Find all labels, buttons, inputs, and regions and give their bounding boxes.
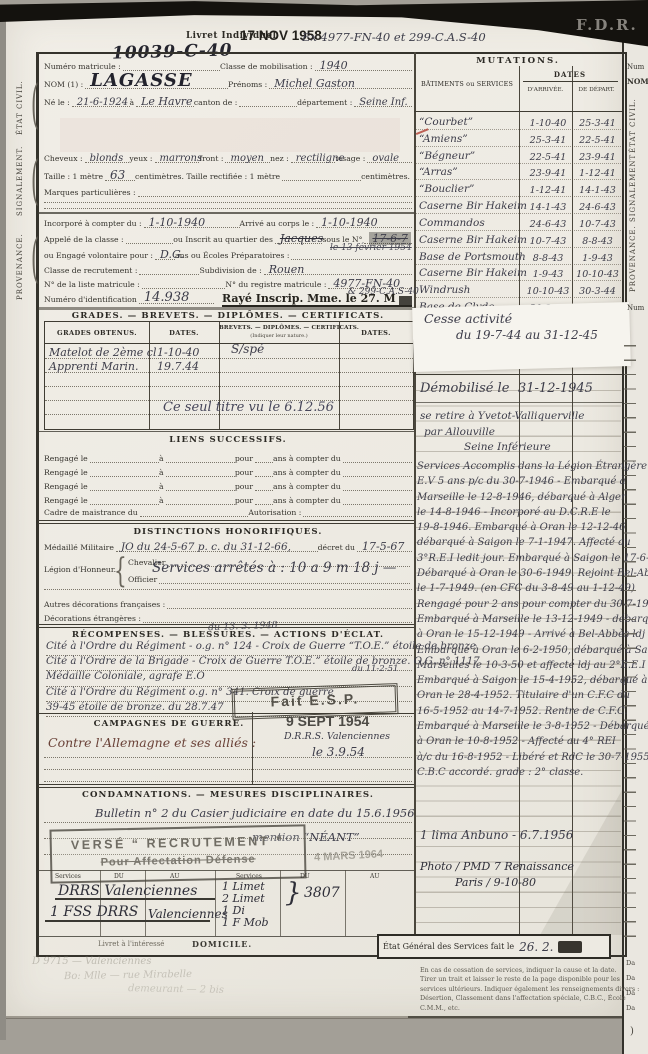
cheveux-value: blonds: [90, 153, 124, 164]
scanned-military-record: 10039-C-40 Livret Individuel 17 NOV 1958…: [0, 0, 648, 1054]
arrive-corps-field: 1-10-1940: [316, 217, 412, 228]
services-number: 3807: [304, 885, 340, 901]
prenoms-field: Michel Gaston: [269, 78, 412, 89]
ne-le-field: 21-6-1924: [72, 96, 130, 107]
grades-row-line: [45, 386, 413, 387]
mutation-date-arrivee: 10-10-43: [522, 286, 574, 297]
legion-line: Embarqué à Saigon le 15-4-1952, débarqué…: [417, 675, 621, 690]
a-label: à: [159, 496, 166, 505]
ecoles-field: [291, 249, 412, 260]
legion-line: Marseille le 12-8-1946, débarqué à Alger: [417, 492, 621, 507]
ne-le-label: Né le :: [44, 98, 72, 107]
signalement-traits-row: Cheveux : blonds yeux : marrons front : …: [44, 152, 412, 163]
arrive-corps-label: Arrivé au corps le :: [240, 219, 317, 228]
domicile-label: DOMICILE.: [192, 939, 252, 949]
ne-le-value: 21-6-1924: [77, 97, 128, 108]
grades-col3-subheader: (Indiquer leur nature.): [219, 333, 339, 339]
departement-label: département :: [297, 98, 354, 107]
grade-1-name: Matelot de 2ème cl: [49, 346, 156, 359]
rengage-date-field: [90, 494, 159, 505]
services-header: Services: [55, 873, 81, 880]
au-header-2: AU: [370, 873, 379, 880]
subdivision-label: Subdivision de :: [199, 266, 263, 275]
front-value: moyen: [230, 153, 264, 164]
grade-2-name: Apprenti Marin.: [49, 360, 139, 373]
services-header-2: Services: [236, 873, 262, 880]
identification-label: Numéro d'identification: [44, 295, 139, 304]
services-col-line: [100, 870, 101, 936]
section-divider-thick: [38, 307, 414, 310]
fine-print-line: Désertion, Classement dans l'affectation…: [420, 994, 622, 1003]
identification-value: 14.938: [144, 290, 190, 305]
mutation-date-arrivee: 1-10-40: [522, 118, 574, 129]
cheveux-label: Cheveux :: [44, 154, 85, 163]
ecoles-label: ans ou Écoles Préparatoires :: [175, 251, 291, 260]
fine-print-line: Tirer un trait et laisser le reste de la…: [420, 975, 622, 984]
du-header: DU: [114, 873, 124, 880]
medaille-militaire-label: Médaillé Militaire: [44, 543, 116, 552]
engage-row: ou Engagé volontaire pour : D.G. ans ou …: [44, 249, 412, 260]
a-compter-label: ans à compter du: [273, 496, 343, 505]
pour-label: pour: [235, 482, 255, 491]
livret-interesse-label: Livret à l'intéressé: [98, 940, 164, 948]
legion-line: Services Accomplis dans la Légion Étrang…: [417, 461, 621, 476]
section-divider: [38, 212, 414, 214]
visage-value: ovale: [372, 153, 399, 164]
demobilise-label: Démobilisé le: [420, 381, 509, 396]
prenoms-value: Michel Gaston: [274, 77, 355, 90]
bottom-heavy-rule: [408, 1016, 622, 1018]
front-field: moyen: [225, 152, 270, 163]
citation-line: Cité à l'Ordre du Régiment - o.g. n° 124…: [46, 641, 412, 656]
services-arretes-note: Services arrêtés à : 10 a 9 m 18 j —: [152, 560, 396, 576]
pencil-note: Bo: Mlle — rue Mirabelle: [64, 969, 192, 982]
section-divider: [38, 784, 414, 785]
mutation-date-depart: 24-6-43: [574, 202, 621, 213]
taille-field: 63: [105, 170, 135, 181]
services-col-line: [215, 870, 216, 936]
medaille-militaire-field: JO du 24-5-67 p. c. du 31-12-66,: [116, 541, 318, 552]
fine-print-line: En cas de cessation de services, indique…: [420, 966, 622, 975]
brace-signalement: (: [31, 149, 39, 211]
yeux-value: marrons: [160, 153, 203, 164]
edge-provenance-label: PROVENANCE.: [629, 230, 637, 292]
medaille-militaire-row: Médaillé Militaire JO du 24-5-67 p. c. d…: [44, 541, 412, 552]
raye-inscrip-stamp: Rayé Inscrip. Mme. le 27. M: [222, 292, 412, 307]
recrutement-row: Classe de recrutement : Subdivision de :…: [44, 264, 412, 275]
grades-header-line: [45, 343, 413, 344]
decorations-etrangeres-label: Décorations étrangères :: [44, 614, 143, 623]
fdr-corner-mark: F.D.R.: [576, 16, 638, 34]
classe-mobilisation-value: 1940: [320, 59, 348, 72]
mutation-date-depart: 25-3-41: [574, 118, 621, 129]
visage-field: ovale: [367, 152, 412, 163]
rengage-ans-field: [255, 452, 273, 463]
campagnes-column-line: [252, 712, 253, 784]
mutation-date-arrivee: 10-7-43: [522, 236, 574, 247]
a-label: à: [130, 98, 137, 107]
classe-recrutement-field: [139, 264, 199, 275]
yeux-field: marrons: [155, 152, 200, 163]
mutations-section-title: MUTATIONS.: [414, 56, 622, 66]
cadre-maistrance-label: Cadre de maistrance du: [44, 508, 140, 517]
taille-rectifiee-field: [282, 170, 361, 181]
ink-blob: [399, 296, 412, 305]
mutation-date-arrivee: 24-6-43: [522, 219, 574, 230]
incorpore-label: Incorporé à compter du :: [44, 219, 144, 228]
ruled-line: [44, 589, 412, 590]
photo-note-line1: Photo / PMD 7 Renaissance: [420, 860, 574, 873]
legion-line: débarqué à Saigon le 7-1-1947. Affecté a…: [417, 537, 621, 552]
rengage-date-field: [90, 452, 159, 463]
services-row1: DRRS Valenciennes: [58, 883, 197, 899]
mutations-rows: “Courbet” 1-10-40 25-3-41 “Amiens” 25-3-…: [415, 113, 621, 315]
fine-print-line: C.M.M., etc.: [420, 1004, 622, 1013]
services-row2-lieu: Valenciennes: [148, 907, 228, 921]
demobilise-date: 31-12-1945: [518, 381, 593, 396]
legion-line: 16-5-1952 au 14-7-1952. Rentre de C.F.C.: [417, 706, 621, 721]
legion-line: Embarqué à Oran le 6-2-1950, débarqué à …: [417, 645, 621, 660]
nom-row: NOM (1) : LAGASSE Prénoms : Michel Gasto…: [44, 78, 412, 89]
rule-line: [414, 374, 622, 375]
legion-line: E.V 5 ans p/c du 30-7-1946 - Embarqué à: [417, 476, 621, 491]
pour-label: pour: [235, 454, 255, 463]
prenoms-label: Prénoms :: [228, 80, 269, 89]
rengage-date-field: [90, 480, 159, 491]
classe-mobilisation-field: 1940: [315, 60, 412, 71]
medaille-militaire-value: JO du 24-5-67 p. c. du 31-12-66,: [121, 541, 291, 553]
grades-col1-header: GRADES OBTENUS.: [45, 329, 149, 337]
edge-signalement-label: SIGNALEMENT: [629, 170, 637, 222]
mutation-date-depart: 1-12-41: [574, 168, 621, 179]
casier-judiciaire-line: Bulletin n° 2 du Casier judiciaire en da…: [95, 806, 415, 820]
autorisation-field: [303, 506, 412, 517]
legion-line: le 1-7-1949. (en CFC du 3-8-49 au 1-12-4…: [417, 583, 621, 598]
liste-matricule-field: [142, 278, 226, 289]
rengage-date-field: [90, 466, 159, 477]
edge-da-label: Da: [626, 986, 635, 1001]
batiments-header: BÂTIMENTS ou SERVICES: [416, 80, 518, 88]
a-label: à: [159, 468, 166, 477]
legion-line: 19-8-1946. Embarqué à Oran le 12-12-46: [417, 522, 621, 537]
campagne-allemagne-line: Contre l'Allemagne et ses alliés :: [48, 735, 256, 750]
rengage-lieu-field: [166, 480, 235, 491]
legion-line: à Oran le 10-8-1952 - Affecté au 4° REI: [417, 736, 621, 751]
edge-num-label: Num: [627, 63, 644, 71]
edge-ruled-dashes: [624, 332, 636, 950]
rengage-row: Rengagé le à pour ans à compter du: [44, 449, 412, 463]
registre-matricule-label: N° du registre matricule :: [225, 280, 328, 289]
services-col-line: [345, 870, 346, 936]
fine-print-line: services ultérieurs. Indiquer également …: [420, 985, 622, 994]
rengage-label: Rengagé le: [44, 454, 90, 463]
mutation-date-depart: 8-8-43: [574, 236, 621, 247]
legion-line: 3°R.E.I ledit jour. Embarqué à Saigon le…: [417, 553, 621, 568]
marques-label: Marques particulières :: [44, 188, 138, 197]
a-label: à: [159, 482, 166, 491]
incorpore-row: Incorporé à compter du : 1-10-1940 Arriv…: [44, 217, 412, 228]
appele-classe-label: Appelé de la classe :: [44, 235, 126, 244]
cadre-maistrance-row: Cadre de maistrance du Autorisation :: [44, 506, 412, 517]
grades-col-line: [339, 322, 340, 429]
mutation-date-depart: 23-9-41: [574, 152, 621, 163]
depart-header: DE DÉPART.: [572, 87, 621, 93]
section-divider: [38, 787, 414, 788]
services-row2: 1 FSS DRRS: [50, 904, 138, 920]
retire-line1: se retire à Yvetot-Valliquerville: [420, 410, 584, 422]
marques-row: Marques particulières :: [44, 186, 412, 197]
side-label-signalement: SIGNALEMENT.: [16, 150, 24, 216]
section-divider: [38, 431, 414, 432]
edge-paren: ): [630, 1026, 634, 1037]
identification-row: Numéro d'identification 14.938: [44, 293, 214, 304]
grades-col2-header: DATES.: [149, 329, 219, 337]
rule-line: [414, 402, 622, 403]
grades-section-title: GRADES. — BREVETS. — DIPLÔMES. — CERTIFI…: [44, 311, 412, 321]
incorpore-value: 1-10-1940: [149, 216, 205, 229]
officier-label: Officier: [128, 575, 159, 584]
rengage-label: Rengagé le: [44, 468, 90, 477]
autorisation-label: Autorisation :: [248, 508, 303, 517]
etat-general-box: État Général des Services fait le 26. 2.: [377, 934, 611, 959]
condamnations-section-title: CONDAMNATIONS. — MESURES DISCIPLINAIRES.: [44, 790, 412, 800]
ink-blob: [558, 941, 582, 953]
side-label-etat-civil: ÉTAT CIVIL.: [16, 75, 24, 135]
autres-decorations-label: Autres décorations françaises :: [44, 600, 167, 609]
drrs-org-note: D.R.R.S. Valenciennes: [284, 731, 390, 742]
mutation-date-arrivee: 23-9-41: [522, 168, 574, 179]
legion-line: Débarqué à Oran le 30-6-1949. Rejoint Be…: [417, 568, 621, 583]
mutation-date-depart: 10-7-43: [574, 219, 621, 230]
mutation-date-depart: 1-9-43: [574, 253, 621, 264]
canton-field: [239, 96, 297, 107]
dates-underline: [523, 81, 618, 82]
campagnes-date-stamp: 9 SEPT 1954: [286, 713, 369, 729]
edge-da-labels: DaDaDaDa: [626, 956, 635, 1016]
decret-field: 17-5-67: [357, 541, 412, 552]
lieu-value: Le Havre: [141, 95, 192, 108]
section-divider: [38, 520, 414, 521]
rengage-compter-field: [343, 466, 412, 477]
pour-label: pour: [235, 496, 255, 505]
nez-field: rectiligne: [291, 152, 336, 163]
edge-nom-label: NOM: [627, 77, 648, 86]
taille-rectifiee-label: centimètres. Taille rectifiée : 1 mètre: [135, 172, 282, 181]
engage-field: D.G.: [155, 249, 175, 260]
cesse-activite-line2: du 19-7-44 au 31-12-45: [456, 328, 598, 342]
a-compter-label: ans à compter du: [273, 454, 343, 463]
legion-line: Embarqué à Marseille le 13-12-1949 - déb…: [417, 614, 621, 629]
services-col-line: [280, 870, 281, 936]
pour-label: pour: [235, 468, 255, 477]
yeux-label: yeux :: [129, 154, 154, 163]
ruled-line: [44, 757, 412, 758]
legion-line: à Oran le 15-12-1949 - Arrivé à Bel-Abbè…: [417, 629, 621, 644]
mutation-date-depart: 14-1-43: [574, 185, 621, 196]
taille-row: Taille : 1 mètre 63 centimètres. Taille …: [44, 170, 412, 181]
mutation-date-arrivee: 1-12-41: [522, 185, 574, 196]
engage-value: D.G.: [160, 248, 184, 261]
hand-underline: [45, 920, 210, 922]
grade-2-date: 19.7.44: [157, 360, 199, 373]
departement-value: Seine Inf.: [359, 97, 407, 108]
nez-value: rectiligne: [296, 153, 345, 164]
a-label: à: [159, 454, 166, 463]
retire-line2: par Allouville: [424, 426, 495, 438]
a-compter-label: ans à compter du: [273, 468, 343, 477]
mutation-date-depart: 22-5-41: [574, 135, 621, 146]
liens-rows: Rengagé le à pour ans à compter du Renga…: [44, 449, 412, 505]
nez-label: nez :: [270, 154, 291, 163]
raye-inscrip-text: Rayé Inscrip. Mme. le 27. M: [222, 292, 396, 305]
quartier-value-crossed: Jacques: [280, 232, 323, 245]
side-label-provenance: PROVENANCE.: [16, 228, 24, 300]
campagnes-section-title: CAMPAGNES DE GUERRE.: [44, 719, 294, 729]
brace-etat-civil: (: [31, 73, 39, 135]
au-header: AU: [170, 873, 179, 880]
front-label: front :: [199, 154, 225, 163]
edge-etat-civil-label: ÉTAT CIVIL.: [629, 97, 637, 153]
edge-strip-content: Num NOM ÉTAT CIVIL. SIGNALEMENT PROVENAN…: [622, 24, 648, 1054]
arrivee-header: D'ARRIVÉE.: [519, 87, 572, 93]
affectation-defense-text: Pour Affectation Défense: [52, 852, 304, 869]
departement-field: Seine Inf.: [354, 96, 412, 107]
mutation-date-arrivee: 22-5-41: [522, 152, 574, 163]
nom-value: LAGASSE: [90, 70, 192, 91]
rengage-compter-field: [343, 494, 412, 505]
pencil-note: demeurant — 2 bis: [128, 983, 224, 996]
rengage-label: Rengagé le: [44, 482, 90, 491]
pencil-note: D 9715 — Valenciennes: [32, 956, 151, 967]
ruled-line: [44, 822, 412, 823]
nom-field: LAGASSE: [85, 78, 228, 89]
cesse-activite-line1: Cesse activité: [424, 311, 512, 326]
extra-note-1956: 1 lima Anbuno - 6.7.1956: [420, 828, 573, 842]
grades-col-line: [149, 322, 150, 429]
etat-general-label: État Général des Services fait le: [383, 942, 514, 951]
cadre-maistrance-field: [140, 506, 249, 517]
rengage-lieu-field: [166, 452, 235, 463]
taille-value: 63: [110, 168, 125, 182]
subdivision-value: Rouen: [269, 263, 305, 276]
engage-label: ou Engagé volontaire pour :: [44, 251, 155, 260]
mutation-date-depart: 30-3-44: [574, 286, 621, 297]
brace-legion: {: [114, 550, 127, 591]
legion-line: Embarqué à Marseille le 3-8-1952 - Débar…: [417, 721, 621, 736]
edge-da-label: Da: [626, 956, 635, 971]
nom-label: NOM (1) :: [44, 80, 85, 89]
classe-recrutement-label: Classe de recrutement :: [44, 266, 139, 275]
dates-header: DATES: [519, 70, 621, 79]
ex-matricule-note: Ex 4977-FN-40 et 299-C.A.S-40: [302, 30, 486, 44]
liens-section-title: LIENS SUCCESSIFS.: [44, 435, 412, 445]
rengage-row: Rengagé le à pour ans à compter du: [44, 463, 412, 477]
identification-field: 14.938: [139, 293, 214, 304]
services-table-top: [38, 870, 414, 871]
legion-line: Oran le 28-4-1952. Titulaire d'un C.F.C …: [417, 690, 621, 705]
services-brace: }: [285, 878, 302, 908]
rengage-row: Rengagé le à pour ans à compter du: [44, 477, 412, 491]
mutation-date-arrivee: 8-8-43: [522, 253, 574, 264]
lieu-field: Le Havre: [136, 96, 194, 107]
verse-recrutement-text: VERSÉ “ RECRUTEMENT ”: [52, 833, 304, 852]
incorpore-field: 1-10-1940: [144, 217, 240, 228]
legion-narrative: Services Accomplis dans la Légion Étrang…: [417, 461, 621, 782]
rengage-ans-field: [255, 466, 273, 477]
legion-honneur-label: Légion d'Honneur.: [44, 565, 116, 574]
ruled-line: [44, 769, 412, 770]
canton-label: canton de :: [194, 98, 239, 107]
mutation-date-arrivee: 25-3-41: [522, 135, 574, 146]
etat-general-date: 26. 2.: [519, 940, 553, 954]
hand-underline: [55, 898, 215, 900]
rengage-lieu-field: [166, 494, 235, 505]
legion-line: Marseilles le 10-3-50 et affecté ldj au …: [417, 660, 621, 675]
liste-matricule-label: N° de la liste matricule :: [44, 280, 142, 289]
footer-row-top: [38, 936, 414, 937]
marques-field: [138, 186, 412, 197]
rengage-compter-field: [343, 480, 412, 491]
cheveux-field: blonds: [85, 152, 130, 163]
fine-print-block: En cas de cessation de services, indique…: [420, 966, 622, 1013]
grades-note: Ce seul titre vu le 6.12.56: [163, 400, 334, 415]
ruled-line: [44, 781, 412, 782]
grades-col4-header: DATES.: [339, 329, 413, 337]
naissance-row: Né le : 21-6-1924 à Le Havre canton de :…: [44, 96, 412, 107]
classe-mobilisation-label: Classe de mobilisation :: [220, 62, 315, 71]
mutation-date-arrivee: 14-1-43: [522, 202, 574, 213]
centimetres-label: centimètres.: [361, 172, 412, 181]
grade-1-date: 1-10-40: [157, 346, 199, 359]
services-col-line: [145, 870, 146, 936]
legion-line: Rengagé pour 2 ans pour compter du 30-7-…: [417, 599, 621, 614]
edge-num-label-2: Num: [627, 304, 644, 312]
ruled-line: [44, 202, 412, 203]
ruled-line: [44, 208, 412, 209]
rengage-lieu-field: [166, 466, 235, 477]
section-divider: [38, 523, 414, 524]
rengage-label: Rengagé le: [44, 496, 90, 505]
autres-decorations-row: Autres décorations françaises :: [44, 598, 412, 609]
retire-line3: Seine Inférieure: [464, 441, 551, 453]
rengage-ans-field: [255, 480, 273, 491]
a-compter-label: ans à compter du: [273, 482, 343, 491]
distinctions-section-title: DISTINCTIONS HONORIFIQUES.: [44, 527, 412, 537]
photo-note-line2: Paris / 9-10-80: [455, 876, 536, 889]
brace-provenance: (: [31, 227, 39, 289]
legion-line: à/c du 16-8-1952 - Libéré et RdC le 30-7…: [417, 752, 621, 767]
legion-line: C.B.C accordé. grade : 2° classe.: [417, 767, 621, 782]
autres-decorations-field: [167, 598, 412, 609]
legion-line: le 14-8-1946 - Incorporé au D.C.R.E le: [417, 507, 621, 522]
edge-da-label: Da: [626, 1001, 635, 1016]
left-scan-margin: [0, 10, 6, 1040]
edge-da-label: Da: [626, 971, 635, 986]
rengage-ans-field: [255, 494, 273, 505]
decret-value: 17-5-67: [362, 540, 404, 553]
arrive-corps-value: 1-10-1940: [321, 216, 377, 229]
decret-label: décret du: [318, 543, 357, 552]
inscrit-quartier-field: Jacques: [275, 233, 323, 244]
citation-date-note: du 11-2-51: [352, 664, 398, 674]
appele-classe-field: [126, 233, 174, 244]
brevet-1-value: S/spé: [231, 342, 264, 356]
inscrit-quartier-label: ou Inscrit au quartier des: [173, 235, 275, 244]
subdivision-field: Rouen: [264, 264, 412, 275]
mutation-date-arrivee: 1-9-43: [522, 269, 574, 280]
rengage-compter-field: [343, 452, 412, 463]
rengage-row: Rengagé le à pour ans à compter du: [44, 491, 412, 505]
